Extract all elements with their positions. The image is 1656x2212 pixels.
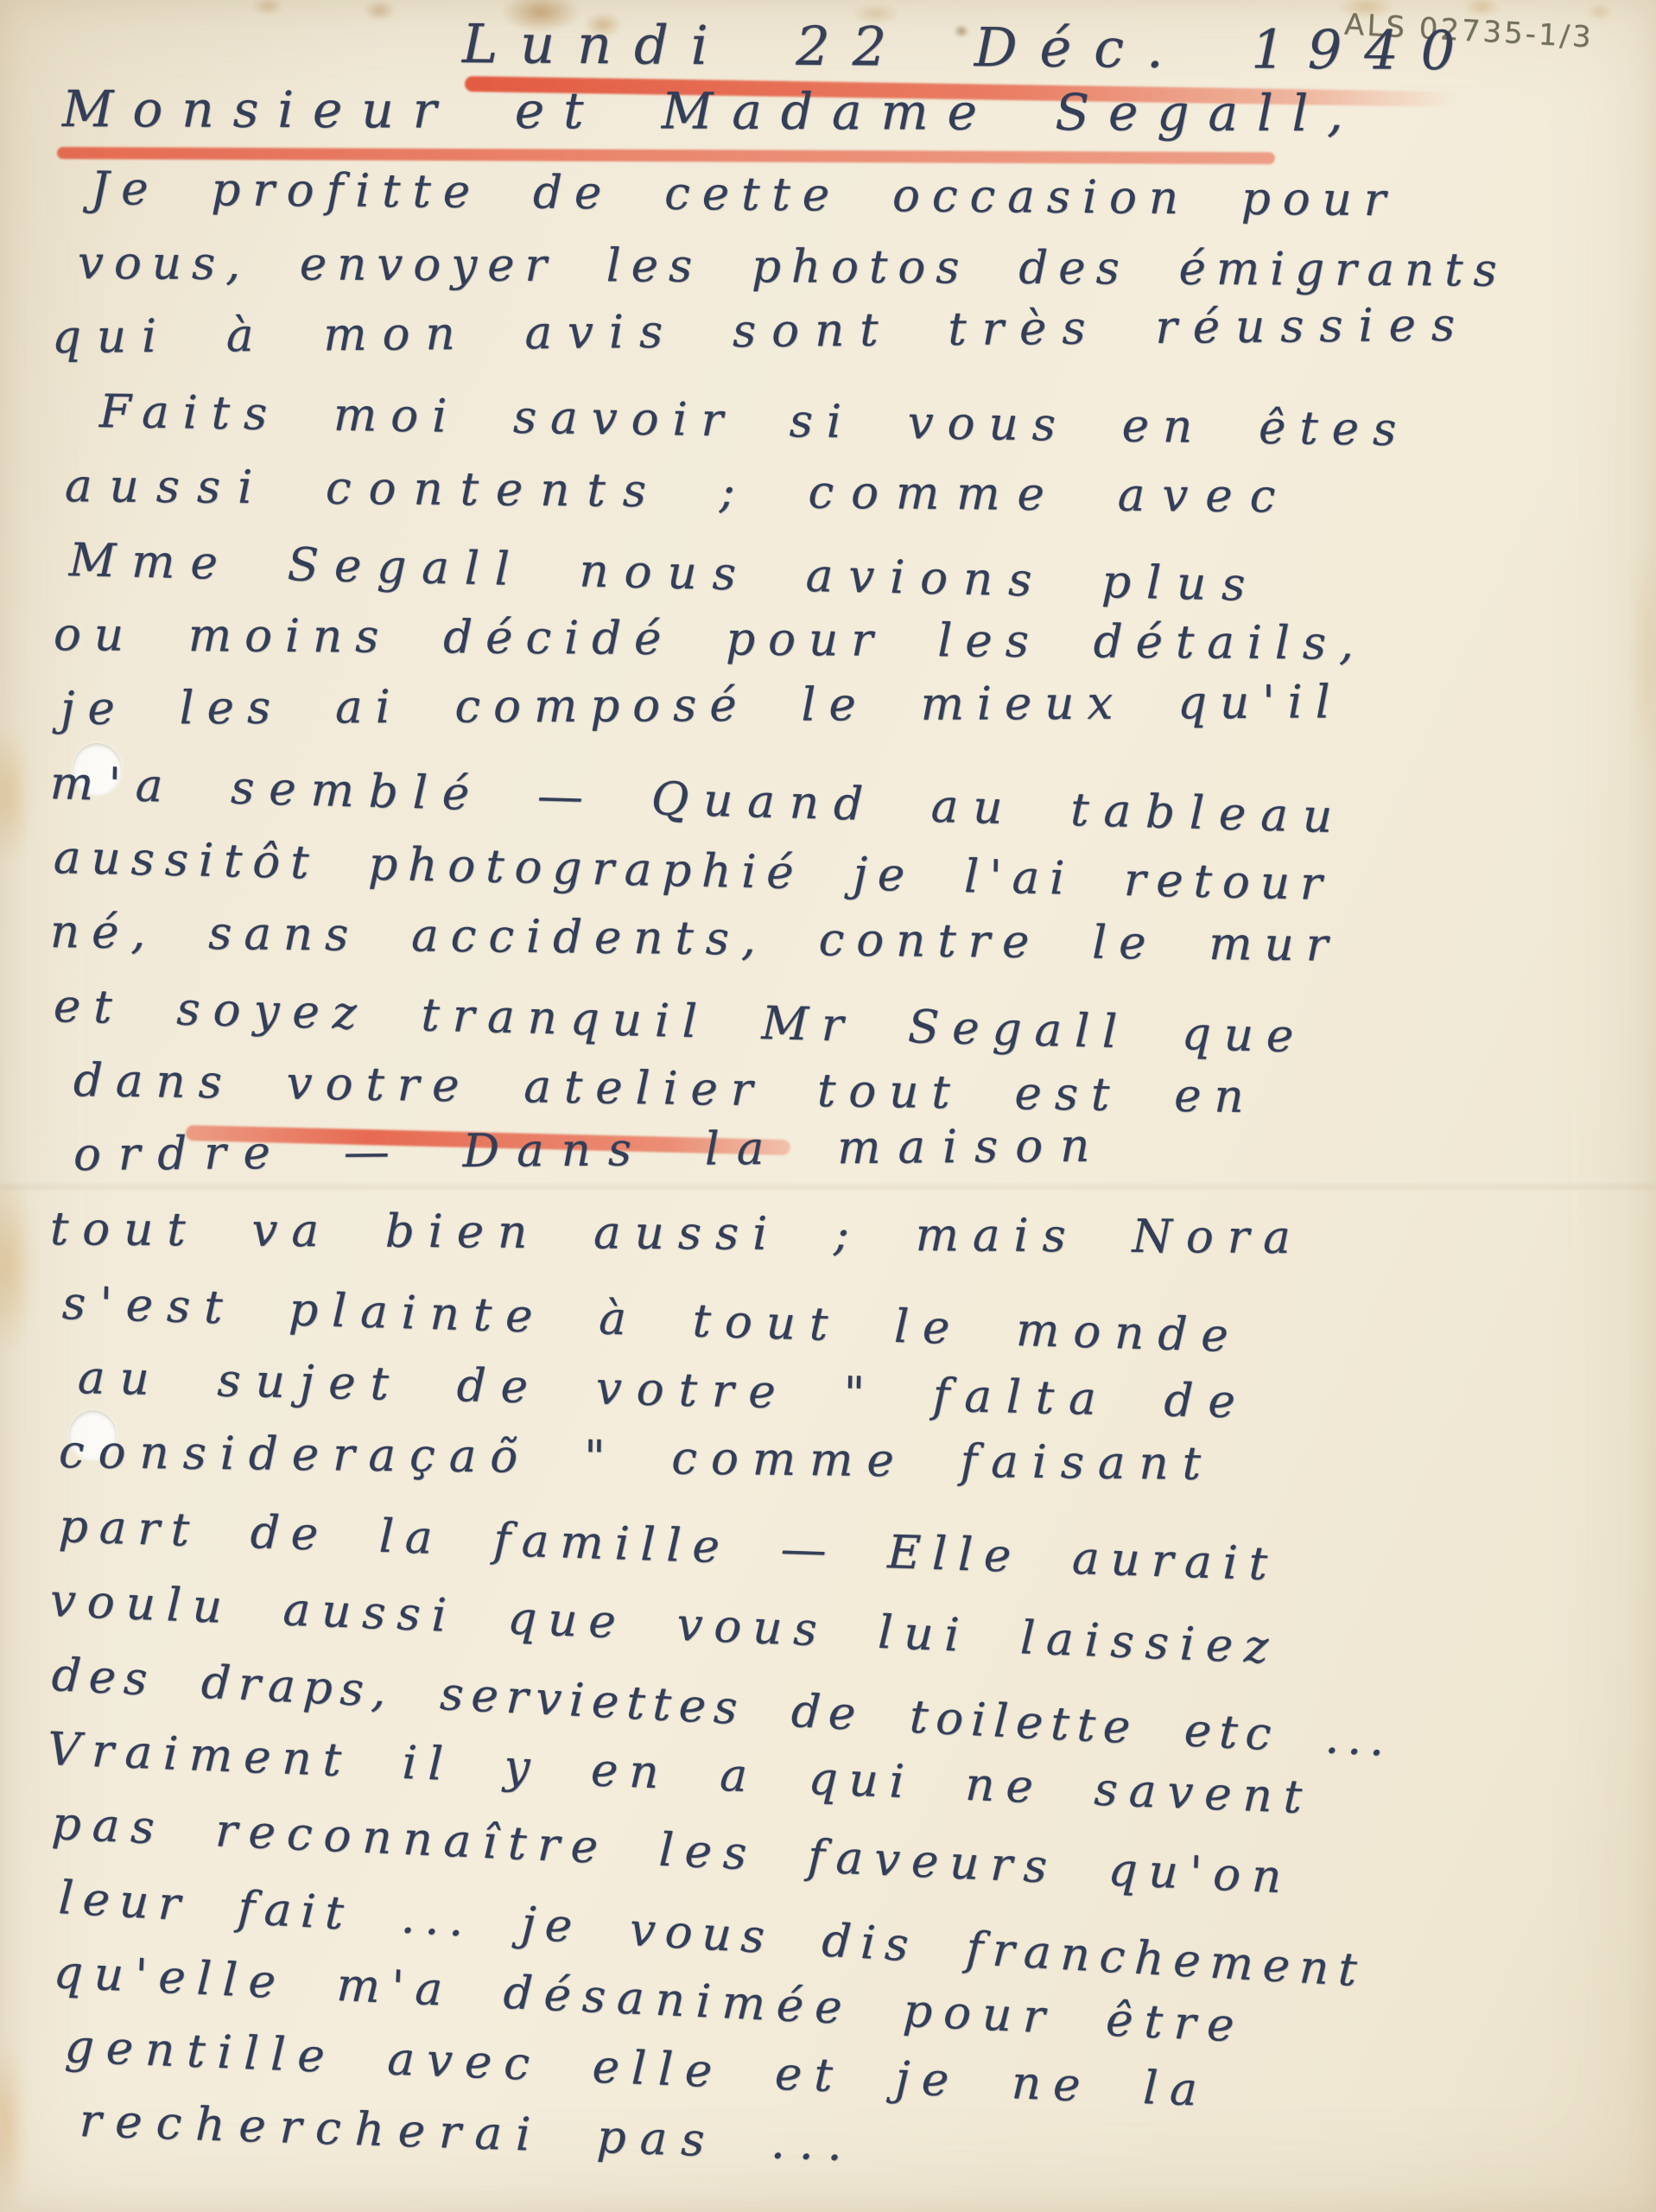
handwritten-line: Mme Segall nous avions plus <box>68 534 1261 612</box>
handwritten-line: rechercherai pas ... <box>79 2094 857 2171</box>
handwritten-line: Je profitte de cette occasion pour <box>91 162 1399 226</box>
handwritten-line: dans votre atelier tout est en <box>73 1054 1258 1123</box>
handwritten-line: qui à mon avis sont très réussies <box>52 299 1471 364</box>
handwritten-line: tout va bien aussi ; mais Nora <box>50 1203 1304 1264</box>
handwritten-line: vous, envoyer les photos des émigrants <box>78 237 1507 297</box>
paper-stain <box>252 0 283 16</box>
handwritten-line: au sujet de votre " falta de <box>77 1351 1250 1428</box>
handwritten-line: s'est plainte à tout le monde <box>61 1277 1242 1363</box>
handwritten-line: je les ai composé le mieux qu'il <box>60 676 1343 735</box>
handwritten-line: ou moins décidé pour les détails, <box>54 608 1367 671</box>
salutation: Monsieur et Madame Segall, <box>62 79 1362 143</box>
handwritten-line: aussitôt photographié je l'ai retour <box>53 831 1333 911</box>
letter-page: ALS 02735-1/3 Lundi 22 Déc. 1940 Monsieu… <box>0 0 1656 2212</box>
paper-stain <box>363 0 396 21</box>
handwritten-line: m'a semblé — Quand au tableau <box>49 757 1348 843</box>
handwritten-line: part de la famille — Elle aurait <box>58 1500 1279 1591</box>
handwritten-line: aussi contents ; comme avec <box>65 460 1293 523</box>
handwritten-line: Faits moi savoir si vous en êtes <box>99 385 1411 456</box>
date-line: Lundi 22 Déc. 1940 <box>462 12 1478 82</box>
handwritten-line: né, sans accidents, contre le mur <box>50 906 1341 972</box>
handwritten-line: ordre — Dans la maison <box>73 1120 1107 1181</box>
letter-body: Je profitte de cette occasion pourvous, … <box>0 162 1656 2212</box>
handwritten-line: consideraçaõ " comme faisant <box>59 1426 1215 1491</box>
handwritten-line: et soyez tranquil Mr Segall que <box>53 980 1307 1063</box>
paper-stain <box>1586 3 1614 21</box>
